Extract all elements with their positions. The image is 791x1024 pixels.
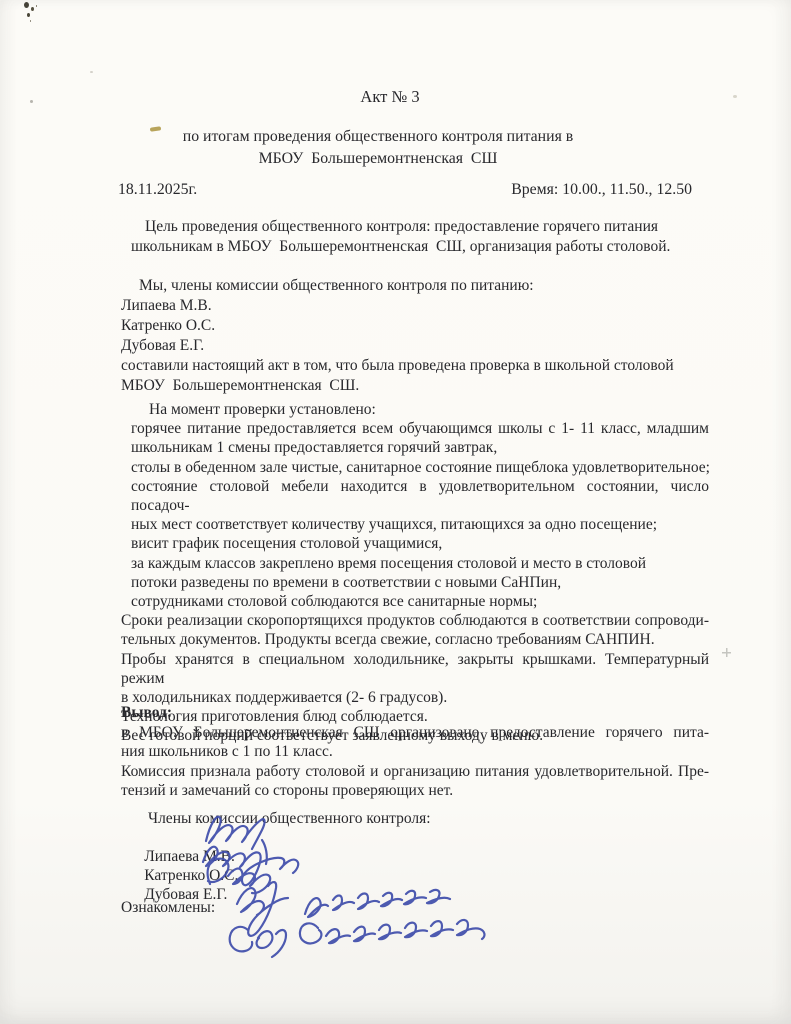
signature-section: Члены комиссии общественного контроля: Л… xyxy=(0,0,791,1024)
signature-acknowledged-initials-1 xyxy=(237,882,288,936)
signature-name-yanchenko xyxy=(305,890,450,917)
signature-name-samadova xyxy=(300,920,485,943)
acknowledged-label: Ознакомлены: xyxy=(121,899,215,917)
signature-katrenko xyxy=(262,840,267,864)
handwritten-signatures xyxy=(0,0,791,1024)
scanned-document-page: Акт № 3 по итогам проведения общественно… xyxy=(0,0,791,1024)
signature-heading: Члены комиссии общественного контроля: xyxy=(148,810,431,828)
signature-acknowledged-initials-2 xyxy=(230,927,286,957)
